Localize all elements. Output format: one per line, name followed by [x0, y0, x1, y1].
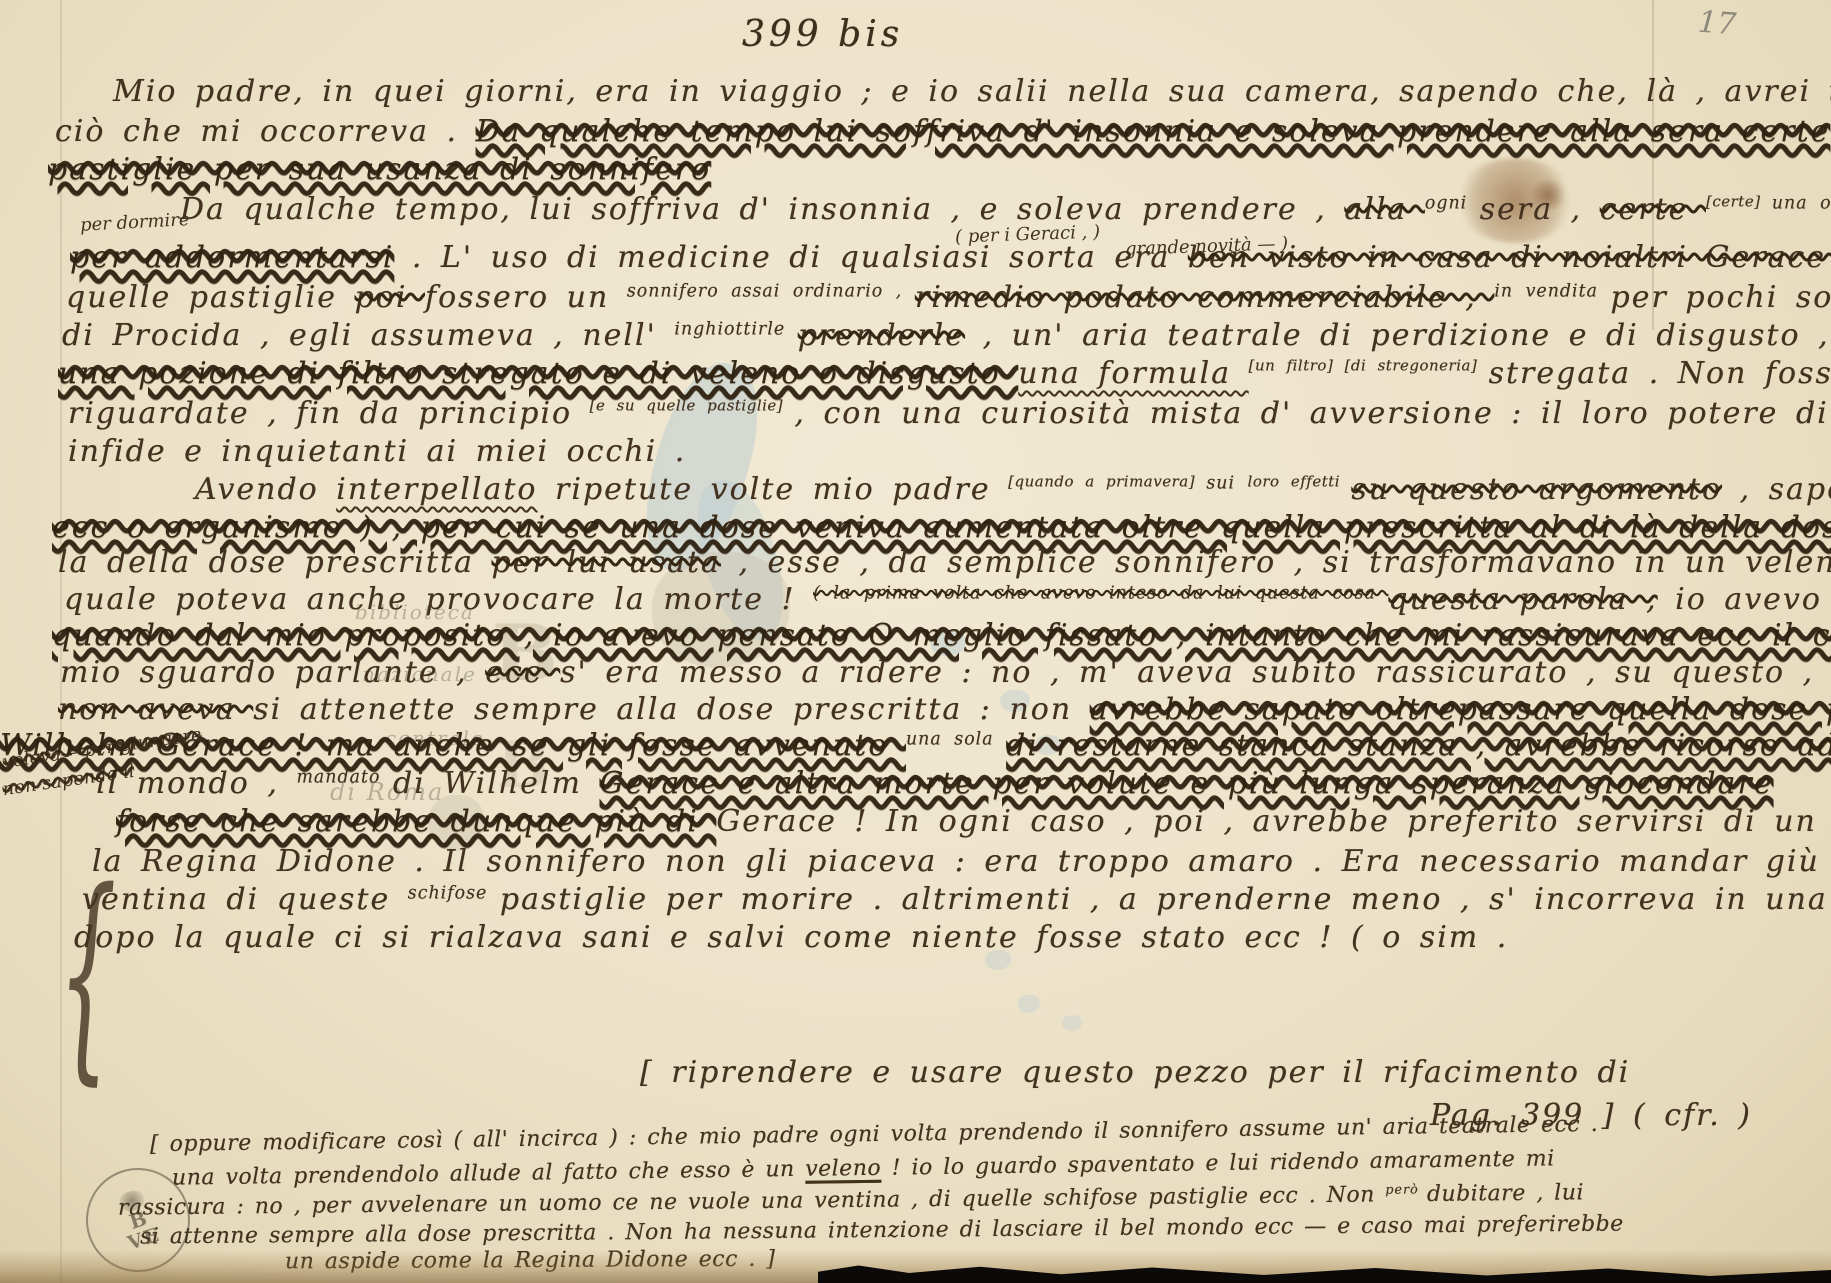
- manuscript-line: di Procida , egli assumeva , nell' inghi…: [62, 318, 1831, 353]
- text-segment: s' era messo a ridere : no , m' aveva su…: [560, 655, 1831, 690]
- text-segment: una sola: [906, 730, 1006, 750]
- text-segment: ! io lo guardo spaventato e lui ridendo …: [881, 1146, 1555, 1180]
- text-segment: [certe]: [1706, 192, 1772, 210]
- margin-note: per dormire: [80, 209, 190, 236]
- text-segment: non aveva: [58, 692, 253, 727]
- text-segment: di Procida , egli assumeva , nell': [62, 318, 674, 353]
- text-segment: [e su quelle pastiglie]: [590, 396, 795, 414]
- text-segment: la Regina Didone . Il sonnifero non gli …: [92, 844, 1831, 879]
- text-segment: certe: [1600, 192, 1706, 227]
- text-segment: quelle pastiglie: [66, 280, 355, 315]
- text-segment: sonnifero assai ordinario ,: [627, 282, 915, 302]
- text-segment: . L' uso di medicine di qualsiasi sorta …: [394, 240, 1188, 275]
- text-segment: prenderle: [798, 318, 965, 353]
- margin-brace: {: [58, 842, 117, 1105]
- text-segment: dopo la quale ci si rialzava sani e salv…: [74, 920, 1508, 955]
- text-segment: loro effetti: [1248, 472, 1352, 490]
- manuscript-body: Mio padre, in quei giorni, era in viaggi…: [0, 0, 1831, 1283]
- text-segment: rimedio podato commerciabile ,: [915, 280, 1494, 315]
- text-segment: quando dal mio proposito , io avevo pens…: [52, 618, 1831, 653]
- manuscript-line: là della dose prescritta per lui usata ,…: [58, 545, 1831, 580]
- text-segment: per lui usata: [492, 545, 721, 580]
- text-segment: mio sguardo parlante ,: [60, 655, 485, 690]
- text-segment: dubitare , lui: [1427, 1180, 1584, 1207]
- manuscript-line: mio sguardo parlante , ecc s' era messo …: [60, 655, 1831, 690]
- text-segment: [quando a primavera]: [1008, 472, 1206, 490]
- text-segment: ecc: [485, 655, 560, 690]
- text-segment: per addormentarsi: [70, 240, 394, 275]
- text-segment: , sapevo che ,: [1722, 472, 1831, 507]
- text-segment: [un filtro] [di stregoneria]: [1249, 356, 1489, 374]
- text-segment: su questo argomento: [1351, 472, 1722, 507]
- manuscript-line: quelle pastiglie poi fossero un sonnifer…: [66, 280, 1831, 315]
- manuscript-scan: B B biblioteca nazionale centrale di Rom…: [0, 0, 1831, 1283]
- text-segment: di restarne stanca stanza , avrebbe rico…: [1006, 728, 1831, 763]
- text-segment: Gerace e altra morte per volute e più lu…: [599, 766, 1773, 801]
- text-segment: [ riprendere e usare questo pezzo per il…: [640, 1055, 1630, 1090]
- manuscript-line: pastiglie per sua usanza di sonnifero: [48, 152, 711, 187]
- text-segment: Da qualche tempo, lui soffriva d' insonn…: [180, 192, 1344, 227]
- manuscript-line: il mondo , mandato di Wilhelm Gerace e a…: [96, 766, 1774, 801]
- manuscript-line: [ riprendere e usare questo pezzo per il…: [640, 1055, 1630, 1090]
- text-segment: Avendo: [195, 472, 336, 507]
- text-segment: schifose: [408, 884, 500, 904]
- text-segment: per pochi soldi alla farmacia: [1611, 280, 1831, 315]
- text-segment: riguardate , fin da principio: [68, 396, 590, 431]
- text-segment: però: [1385, 1182, 1427, 1197]
- text-segment: alla: [1344, 192, 1425, 227]
- manuscript-line: Mio padre, in quei giorni, era in viaggi…: [113, 74, 1831, 109]
- text-segment: una formula: [1018, 356, 1248, 391]
- text-segment: fossero un: [425, 280, 627, 315]
- text-segment: ( la prima volta che avevo inteso da lui…: [813, 584, 1388, 604]
- text-segment: , un' aria teatrale di perdizione e di d…: [965, 318, 1831, 353]
- text-segment: stregata . Non fosse che per questo , io…: [1489, 356, 1831, 391]
- text-segment: Mio padre, in quei giorni, era in viaggi…: [113, 74, 1831, 109]
- manuscript-line: una pozione di filtro stregato e di vele…: [58, 356, 1831, 391]
- text-segment: questa parola ,: [1388, 582, 1657, 617]
- manuscript-line: la Regina Didone . Il sonnifero non gli …: [92, 844, 1831, 879]
- manuscript-line: infide e inquietanti ai miei occhi .: [68, 434, 686, 469]
- text-segment: infide e inquietanti ai miei occhi .: [68, 434, 686, 469]
- text-segment: una pozione di filtro stregato e di vele…: [58, 356, 1018, 391]
- text-segment: ripetute volte mio padre: [538, 472, 1009, 507]
- text-segment: interpellato: [336, 472, 537, 507]
- text-segment: sui: [1206, 474, 1247, 494]
- text-segment: di Wilhelm: [393, 766, 600, 801]
- manuscript-line: quando dal mio proposito , io avevo pens…: [52, 618, 1831, 653]
- text-segment: ecc o organismo ) , per cui se una dose …: [52, 510, 1831, 545]
- text-segment: forse che sarebbe dunque più di: [116, 804, 716, 839]
- text-segment: , esse , da semplice sonnifero , si tras…: [721, 545, 1831, 580]
- manuscript-line: Avendo interpellato ripetute volte mio p…: [195, 472, 1831, 507]
- manuscript-line: ecc o organismo ) , per cui se una dose …: [52, 510, 1831, 545]
- text-segment: , con una curiosità mista d' avversione …: [794, 396, 1831, 431]
- manuscript-line: non aveva si attenette sempre alla dose …: [58, 692, 1831, 727]
- text-segment: sera ,: [1480, 192, 1600, 227]
- text-segment: veleno: [805, 1156, 881, 1182]
- text-segment: in vendita: [1494, 282, 1610, 302]
- manuscript-line: quale poteva anche provocare la morte ! …: [64, 582, 1831, 617]
- text-segment: ventina di queste: [82, 882, 408, 917]
- text-segment: mandato: [296, 768, 393, 788]
- text-segment: una volta prendendolo allude al fatto ch…: [172, 1157, 806, 1191]
- text-segment: avrebbe saputo oltrepassare quella dose …: [1090, 692, 1831, 727]
- manuscript-line: forse che sarebbe dunque più di Gerace !…: [116, 804, 1831, 839]
- manuscript-line: Da qualche tempo, lui soffriva d' insonn…: [180, 192, 1831, 227]
- text-segment: ogni: [1425, 194, 1480, 214]
- manuscript-line: Wilhelm Gerace ! ma anche se gli fosse a…: [0, 728, 1831, 763]
- text-segment: pastiglie per morire . altrimenti , a pr…: [500, 882, 1831, 917]
- text-segment: poi: [355, 280, 425, 315]
- text-segment: una o due: [1772, 194, 1831, 214]
- text-segment: io avevo sbarrato gli occhi sul: [1658, 582, 1831, 617]
- manuscript-line: ciò che mi occorreva . Da qualche tempo …: [55, 114, 1830, 149]
- text-segment: Da qualche tempo lui soffriva d' insonni…: [476, 114, 1831, 149]
- manuscript-line: per addormentarsi . L' uso di medicine d…: [70, 240, 1831, 275]
- text-segment: Gerace ! In ogni caso , poi , avrebbe pr…: [716, 804, 1831, 839]
- text-segment: inghiottirle: [674, 320, 797, 340]
- manuscript-line: riguardate , fin da principio [e su quel…: [68, 396, 1831, 431]
- text-segment: si attenette sempre alla dose prescritta…: [253, 692, 1089, 727]
- text-segment: pastiglie per sua usanza di sonnifero: [48, 152, 711, 187]
- text-segment: quale poteva anche provocare la morte !: [64, 582, 813, 617]
- manuscript-line: dopo la quale ci si rialzava sani e salv…: [74, 920, 1508, 955]
- text-segment: là della dose prescritta: [58, 545, 492, 580]
- text-segment: ciò che mi occorreva .: [55, 114, 476, 149]
- manuscript-line: ventina di queste schifose pastiglie per…: [82, 882, 1831, 917]
